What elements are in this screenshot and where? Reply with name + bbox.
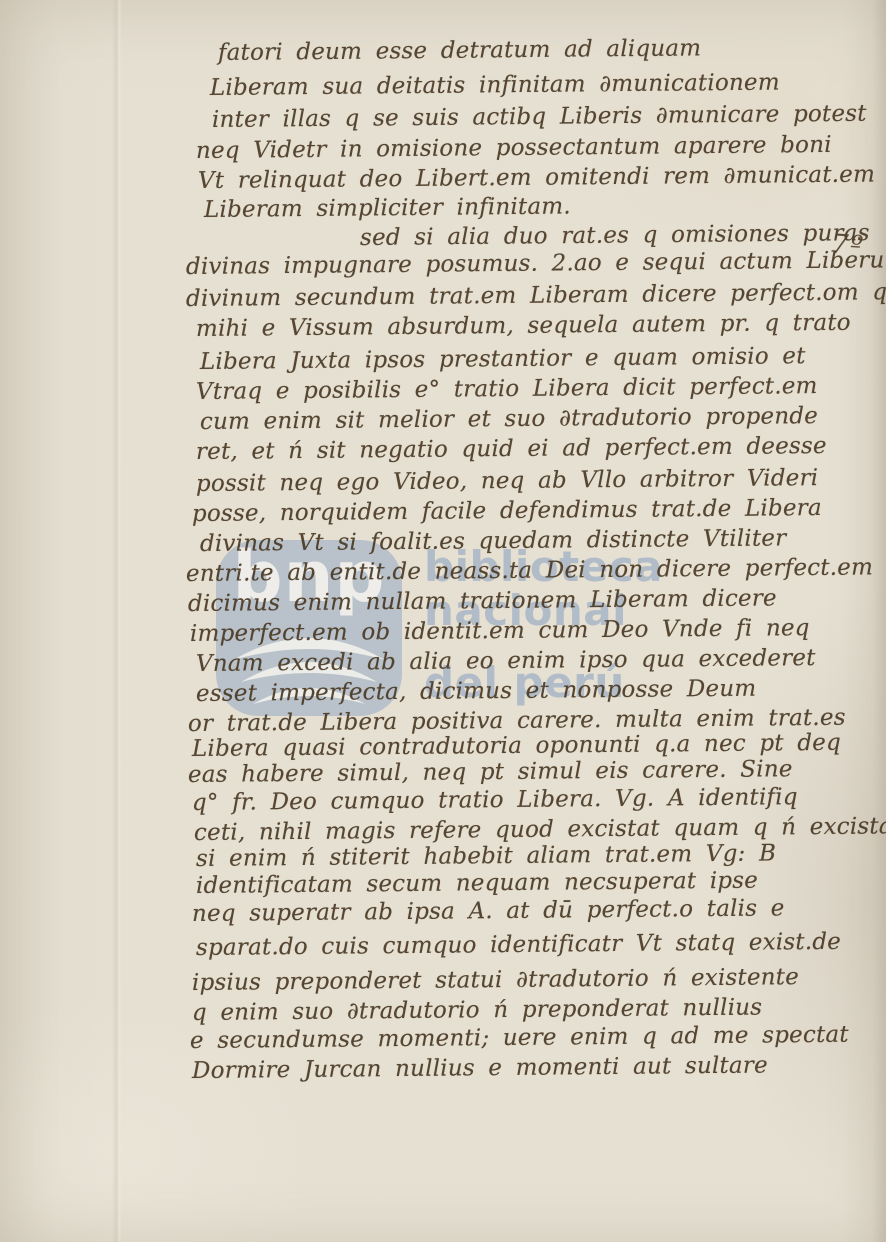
manuscript-line: cum enim sit melior et suo ∂tradutorio p… xyxy=(200,405,818,434)
manuscript-line: si enim ń stiterit habebit aliam trat.em… xyxy=(196,842,776,871)
manuscript-line: dicimus enim nullam trationem Liberam di… xyxy=(188,587,777,616)
manuscript-line: e secundumse momenti; uere enim q ad me … xyxy=(190,1024,849,1053)
manuscript-line: ceti, nihil magis refere quod excistat q… xyxy=(194,815,886,845)
manuscript-line: q° fr. Deo cumquo tratio Libera. Vg. A i… xyxy=(192,786,798,815)
manuscript-line: Vt relinquat deo Libert.em omitendi rem … xyxy=(198,164,875,193)
manuscript-line: entri.te ab entit.de neass.ta Dei non di… xyxy=(186,556,873,586)
paper-crease xyxy=(112,0,122,1242)
manuscript-line: inter illas q se suis actibq Liberis ∂mu… xyxy=(212,103,867,132)
manuscript-line: esset imperfecta, dicimus et nonposse De… xyxy=(196,678,757,706)
manuscript-line: Libera Juxta ipsos prestantior e quam om… xyxy=(200,345,806,374)
manuscript-line: mihi e Vissum absurdum, sequela autem pr… xyxy=(196,312,851,341)
manuscript-line: neq superatr ab ipsa A. at dū perfect.o … xyxy=(192,897,785,926)
manuscript-line: q enim suo ∂tradutorio ń preponderat nul… xyxy=(192,997,762,1025)
manuscript-line: Vnam excedi ab alia eo enim ipso qua exc… xyxy=(196,647,816,676)
manuscript-line: ret, et ń sit negatio quid ei ad perfect… xyxy=(196,435,827,464)
manuscript-line: imperfect.em ob identit.em cum Deo Vnde … xyxy=(190,617,810,646)
manuscript-line: sed si alia duo rat.es q omisiones puras xyxy=(360,222,870,250)
manuscript-line: Vtraq e posibilis e° tratio Libera dicit… xyxy=(196,375,818,404)
manuscript-line: identificatam secum nequam necsuperat ip… xyxy=(196,870,758,898)
manuscript-line: posse, norquidem facile defendimus trat.… xyxy=(192,497,822,526)
manuscript-line: Dormire Jurcan nullius e momenti aut sul… xyxy=(192,1054,768,1083)
manuscript-line: divinum secundum trat.em Liberam dicere … xyxy=(186,281,886,311)
manuscript-line: sparat.do cuis cumquo identificatr Vt st… xyxy=(196,931,841,960)
manuscript-line: ipsius preponderet statui ∂tradutorio ń … xyxy=(192,966,799,995)
margin-note: 7º xyxy=(830,229,866,262)
manuscript-line: divinas Vt si foalit.es quedam distincte… xyxy=(200,527,787,556)
manuscript-line: Liberam simpliciter infinitam. xyxy=(204,195,571,222)
manuscript-line: Liberam sua deitatis infinitam ∂municati… xyxy=(210,72,780,100)
manuscript-line: possit neq ego Video, neq ab Vllo arbitr… xyxy=(196,467,819,496)
manuscript-line: eas habere simul, neq pt simul eis carer… xyxy=(188,758,793,787)
manuscript-line: divinas impugnare posumus. 2.ao e sequi … xyxy=(186,249,886,279)
manuscript-line: neq Videtr in omisione possectantum apar… xyxy=(196,134,832,163)
manuscript-scan: bnp biblioteca nacional del perú fatori … xyxy=(0,0,886,1242)
manuscript-line: fatori deum esse detratum ad aliquam xyxy=(218,37,701,65)
